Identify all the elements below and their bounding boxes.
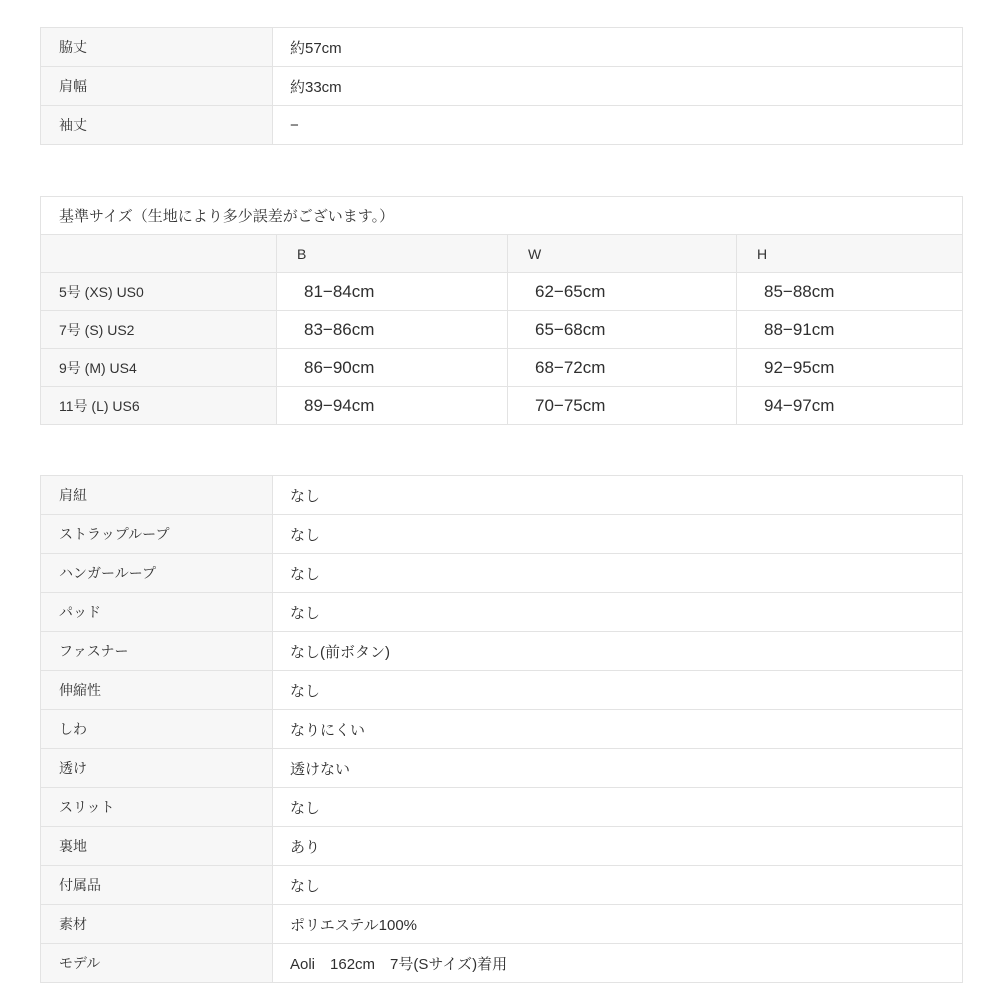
bust-value: 81−84cm: [277, 273, 508, 311]
table-row: 肩幅 約33cm: [41, 67, 963, 106]
row-value: なし: [273, 554, 963, 593]
size-chart-table: 基準サイズ（生地により多少誤差がございます。） B W H 5号 (XS) US…: [40, 196, 963, 425]
table-row: ストラップループ なし: [41, 515, 963, 554]
row-value: なりにくい: [273, 710, 963, 749]
col-header-size: [41, 235, 277, 273]
measurement-table: 脇丈 約57cm 肩幅 約33cm 袖丈 −: [40, 27, 963, 145]
row-label: パッド: [41, 593, 273, 632]
product-detail-table: 肩紐 なし ストラップループ なし ハンガーループ なし パッド なし ファスナ…: [40, 475, 963, 983]
waist-value: 68−72cm: [508, 349, 737, 387]
row-value: ポリエステル100%: [273, 905, 963, 944]
row-value: −: [273, 106, 963, 145]
table-row: 11号 (L) US6 89−94cm 70−75cm 94−97cm: [41, 387, 963, 425]
table-title-row: 基準サイズ（生地により多少誤差がございます。）: [41, 197, 963, 235]
row-label: しわ: [41, 710, 273, 749]
col-header-hip: H: [737, 235, 963, 273]
row-value: なし: [273, 515, 963, 554]
row-label: 肩幅: [41, 67, 273, 106]
table-row: 肩紐 なし: [41, 476, 963, 515]
table-row: 5号 (XS) US0 81−84cm 62−65cm 85−88cm: [41, 273, 963, 311]
table-row: しわ なりにくい: [41, 710, 963, 749]
table-row: 透け 透けない: [41, 749, 963, 788]
row-label: 素材: [41, 905, 273, 944]
row-value: Aoli 162cm 7号(Sサイズ)着用: [273, 944, 963, 983]
size-row-label: 7号 (S) US2: [41, 311, 277, 349]
table-row: 伸縮性 なし: [41, 671, 963, 710]
waist-value: 65−68cm: [508, 311, 737, 349]
size-row-label: 11号 (L) US6: [41, 387, 277, 425]
row-value: なし: [273, 788, 963, 827]
row-value: なし(前ボタン): [273, 632, 963, 671]
table-row: 袖丈 −: [41, 106, 963, 145]
row-label: 肩紐: [41, 476, 273, 515]
table-row: パッド なし: [41, 593, 963, 632]
row-label: モデル: [41, 944, 273, 983]
waist-value: 70−75cm: [508, 387, 737, 425]
table-row: ハンガーループ なし: [41, 554, 963, 593]
table-row: 7号 (S) US2 83−86cm 65−68cm 88−91cm: [41, 311, 963, 349]
hip-value: 92−95cm: [737, 349, 963, 387]
row-label: スリット: [41, 788, 273, 827]
table-row: 9号 (M) US4 86−90cm 68−72cm 92−95cm: [41, 349, 963, 387]
bust-value: 89−94cm: [277, 387, 508, 425]
bust-value: 83−86cm: [277, 311, 508, 349]
row-value: あり: [273, 827, 963, 866]
table-row: 脇丈 約57cm: [41, 28, 963, 67]
row-label: 袖丈: [41, 106, 273, 145]
row-value: なし: [273, 476, 963, 515]
row-label: 脇丈: [41, 28, 273, 67]
table-row: 付属品 なし: [41, 866, 963, 905]
row-label: 伸縮性: [41, 671, 273, 710]
table-row: 素材 ポリエステル100%: [41, 905, 963, 944]
row-label: ファスナー: [41, 632, 273, 671]
col-header-waist: W: [508, 235, 737, 273]
row-label: 透け: [41, 749, 273, 788]
waist-value: 62−65cm: [508, 273, 737, 311]
row-label: ハンガーループ: [41, 554, 273, 593]
hip-value: 94−97cm: [737, 387, 963, 425]
row-value: なし: [273, 671, 963, 710]
bust-value: 86−90cm: [277, 349, 508, 387]
size-row-label: 5号 (XS) US0: [41, 273, 277, 311]
row-label: ストラップループ: [41, 515, 273, 554]
row-value: 約33cm: [273, 67, 963, 106]
size-row-label: 9号 (M) US4: [41, 349, 277, 387]
row-value: 約57cm: [273, 28, 963, 67]
row-label: 付属品: [41, 866, 273, 905]
hip-value: 88−91cm: [737, 311, 963, 349]
table-row: ファスナー なし(前ボタン): [41, 632, 963, 671]
table-header-row: B W H: [41, 235, 963, 273]
row-label: 裏地: [41, 827, 273, 866]
hip-value: 85−88cm: [737, 273, 963, 311]
col-header-bust: B: [277, 235, 508, 273]
row-value: なし: [273, 866, 963, 905]
table-row: 裏地 あり: [41, 827, 963, 866]
row-value: なし: [273, 593, 963, 632]
table-row: モデル Aoli 162cm 7号(Sサイズ)着用: [41, 944, 963, 983]
table-row: スリット なし: [41, 788, 963, 827]
row-value: 透けない: [273, 749, 963, 788]
size-chart-title: 基準サイズ（生地により多少誤差がございます。）: [41, 197, 963, 235]
